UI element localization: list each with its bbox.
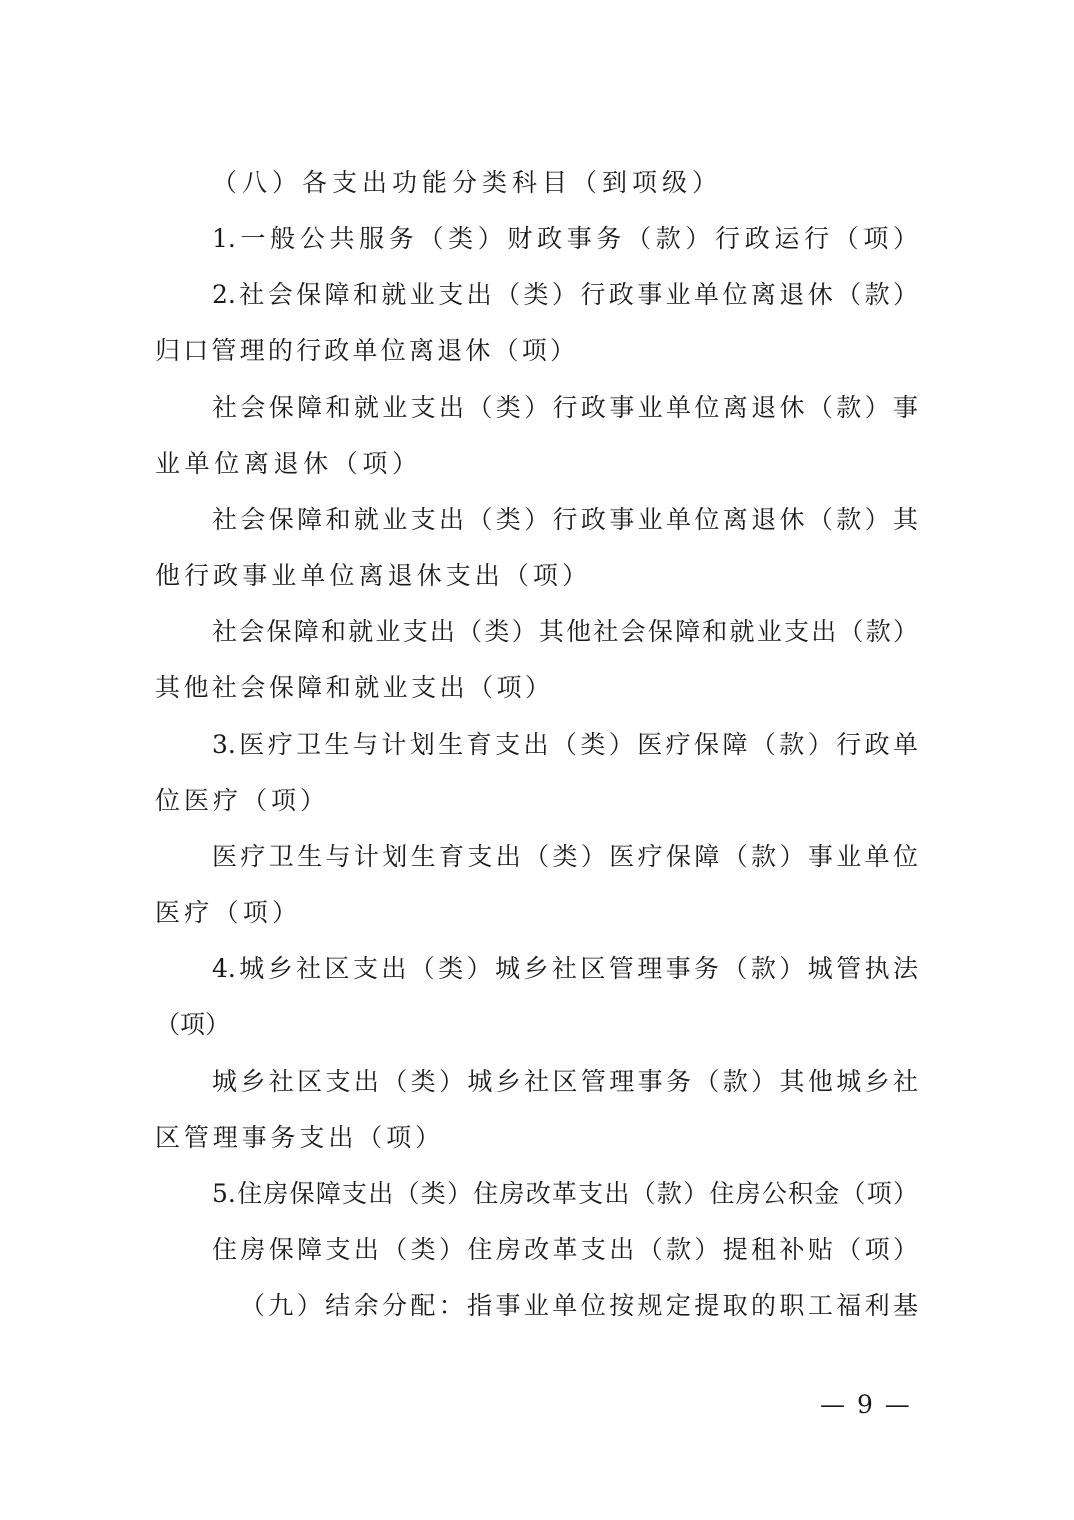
item-5-line: 5.住房保障支出（类）住房改革支出（款）住房公积金（项） (212, 1178, 918, 1210)
item-2b-line-2: 业单位离退休（项） (155, 448, 417, 480)
item-3-line-1: 3.医疗卫生与计划生育支出（类）医疗保障（款）行政单 (212, 729, 918, 761)
item-2c-line-1: 社会保障和就业支出（类）行政事业单位离退休（款）其 (212, 504, 918, 536)
section-heading-9: （九）结余分配：指事业单位按规定提取的职工福利基 (240, 1290, 918, 1322)
item-3-line-2: 位医疗（项） (155, 785, 325, 817)
item-2-line-1: 2.社会保障和就业支出（类）行政事业单位离退休（款） (212, 279, 918, 311)
item-4b-line-2: 区管理事务支出（项） (155, 1122, 440, 1154)
document-page: （八）各支出功能分类科目（到项级） 1.一般公共服务（类）财政事务（款）行政运行… (0, 0, 1074, 1520)
item-2b-line-1: 社会保障和就业支出（类）行政事业单位离退休（款）事 (212, 392, 918, 424)
item-2d-line-1: 社会保障和就业支出（类）其他社会保障和就业支出（款） (212, 616, 918, 648)
item-3b-line-1: 医疗卫生与计划生育支出（类）医疗保障（款）事业单位 (212, 841, 918, 873)
item-2-line-2: 归口管理的行政单位离退休（项） (155, 335, 575, 367)
item-3b-line-2: 医疗（项） (155, 897, 297, 929)
item-4-line-1: 4.城乡社区支出（类）城乡社区管理事务（款）城管执法 (212, 953, 918, 985)
item-4b-line-1: 城乡社区支出（类）城乡社区管理事务（款）其他城乡社 (212, 1066, 918, 1098)
item-2c-line-2: 他行政事业单位离退休支出（项） (155, 560, 587, 592)
page-number: — 9 — (820, 1389, 910, 1421)
item-5b-line: 住房保障支出（类）住房改革支出（款）提租补贴（项） (212, 1234, 918, 1266)
item-4-line-2: （项） (155, 1009, 230, 1041)
item-2d-line-2: 其他社会保障和就业支出（项） (155, 672, 550, 704)
item-1-line: 1.一般公共服务（类）财政事务（款）行政运行（项） (212, 223, 918, 255)
section-heading-8: （八）各支出功能分类科目（到项级） (212, 167, 717, 199)
